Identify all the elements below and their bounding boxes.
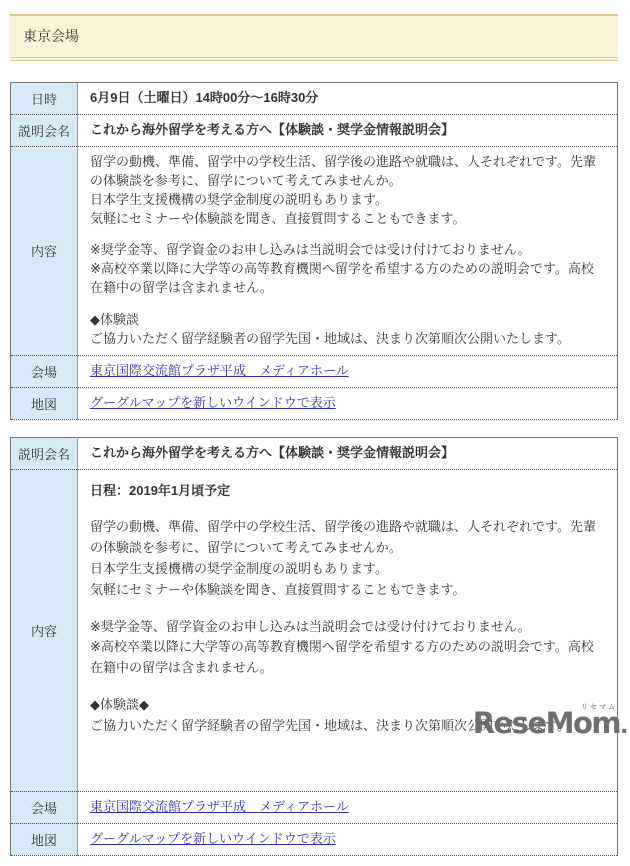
content-line: ※高校卒業以降に大学等の高等教育機関へ留学を希望する方のための説明会です。高校在… — [90, 260, 605, 298]
page: 東京会場 日時 6月9日（土曜日）14時00分～16時30分 説明会名 これから… — [0, 0, 630, 866]
session-title: これから海外留学を考える方へ【体験談・奨学金情報説明会】 — [78, 115, 618, 147]
content-line: 留学の動機、準備、留学中の学校生活、留学後の進路や就職は、人それぞれです。先輩の… — [90, 153, 605, 191]
venue-label: 会場 — [11, 355, 78, 387]
taiken-paragraph: ◆体験談 ご協力いただく留学経験者の留学先国・地域は、決まり次第順次公開いたしま… — [90, 311, 605, 349]
content-line: ご協力いただく留学経験者の留学先国・地域は、決まり次第順次公開いたします。 — [90, 330, 605, 349]
schedule-line: 日程：2019年1月頃予定 — [90, 481, 605, 502]
map-cell: グーグルマップを新しいウインドウで表示 — [78, 823, 618, 855]
map-link[interactable]: グーグルマップを新しいウインドウで表示 — [90, 395, 336, 410]
venue-label: 会場 — [11, 791, 78, 823]
map-cell: グーグルマップを新しいウインドウで表示 — [78, 387, 618, 419]
notes-paragraph: ※奨学金等、留学資金のお申し込みは当説明会では受け付けておりません。 ※高校卒業… — [90, 617, 605, 679]
content-line: 気軽にセミナーや体験談を聞き、直接質問することもできます。 — [90, 210, 605, 229]
map-label: 地図 — [11, 387, 78, 419]
content-row: 内容 日程：2019年1月頃予定 留学の動機、準備、留学中の学校生活、留学後の進… — [11, 469, 618, 791]
venue-row: 会場 東京国際交流館プラザ平成 メディアホール — [11, 355, 618, 387]
resemom-logo: リセマムReseMom. — [473, 704, 627, 738]
page-title: 東京会場 — [23, 28, 79, 44]
content-line: 留学の動機、準備、留学中の学校生活、留学後の進路や就職は、人それぞれです。先輩の… — [90, 517, 605, 559]
content-line: ※奨学金等、留学資金のお申し込みは当説明会では受け付けておりません。 — [90, 617, 605, 638]
content-line: ※高校卒業以降に大学等の高等教育機関へ留学を希望する方のための説明会です。高校在… — [90, 637, 605, 679]
table-gap — [10, 420, 618, 437]
datetime-value: 6月9日（土曜日）14時00分～16時30分 — [78, 83, 618, 115]
schedule-paragraph: 日程：2019年1月頃予定 — [90, 481, 605, 502]
session-table-1: 日時 6月9日（土曜日）14時00分～16時30分 説明会名 これから海外留学を… — [10, 82, 618, 420]
content-line: 日本学生支援機構の奨学金制度の説明もあります。 — [90, 559, 605, 580]
venue-link[interactable]: 東京国際交流館プラザ平成 メディアホール — [90, 799, 349, 814]
datetime-label: 日時 — [11, 83, 78, 115]
intro-paragraph: 留学の動機、準備、留学中の学校生活、留学後の進路や就職は、人それぞれです。先輩の… — [90, 517, 605, 600]
venue-cell: 東京国際交流館プラザ平成 メディアホール — [78, 791, 618, 823]
map-row: 地図 グーグルマップを新しいウインドウで表示 — [11, 387, 618, 419]
session-name-row: 説明会名 これから海外留学を考える方へ【体験談・奨学金情報説明会】 — [11, 437, 618, 469]
map-label: 地図 — [11, 823, 78, 855]
taiken-heading: ◆体験談 — [90, 311, 605, 330]
session-name-row: 説明会名 これから海外留学を考える方へ【体験談・奨学金情報説明会】 — [11, 115, 618, 147]
section-header: 東京会場 — [10, 14, 618, 61]
content-row: 内容 留学の動機、準備、留学中の学校生活、留学後の進路や就職は、人それぞれです。… — [11, 147, 618, 356]
venue-row: 会場 東京国際交流館プラザ平成 メディアホール — [11, 791, 618, 823]
content-cell: 日程：2019年1月頃予定 留学の動機、準備、留学中の学校生活、留学後の進路や就… — [78, 469, 618, 791]
content-line: 気軽にセミナーや体験談を聞き、直接質問することもできます。 — [90, 580, 605, 601]
venue-link[interactable]: 東京国際交流館プラザ平成 メディアホール — [90, 363, 349, 378]
map-row: 地図 グーグルマップを新しいウインドウで表示 — [11, 823, 618, 855]
resemom-logo-text: ReseMom — [473, 706, 620, 740]
session-name-label: 説明会名 — [11, 437, 78, 469]
session-name-label: 説明会名 — [11, 115, 78, 147]
venue-cell: 東京国際交流館プラザ平成 メディアホール — [78, 355, 618, 387]
resemom-logo-dot: . — [620, 714, 627, 739]
notes-paragraph: ※奨学金等、留学資金のお申し込みは当説明会では受け付けておりません。 ※高校卒業… — [90, 241, 605, 298]
content-line: ※奨学金等、留学資金のお申し込みは当説明会では受け付けておりません。 — [90, 241, 605, 260]
content-label: 内容 — [11, 147, 78, 356]
content-cell: 留学の動機、準備、留学中の学校生活、留学後の進路や就職は、人それぞれです。先輩の… — [78, 147, 618, 356]
session-title: これから海外留学を考える方へ【体験談・奨学金情報説明会】 — [78, 437, 618, 469]
content-label: 内容 — [11, 469, 78, 791]
intro-paragraph: 留学の動機、準備、留学中の学校生活、留学後の進路や就職は、人それぞれです。先輩の… — [90, 153, 605, 228]
map-link[interactable]: グーグルマップを新しいウインドウで表示 — [90, 831, 336, 846]
session-table-2: 説明会名 これから海外留学を考える方へ【体験談・奨学金情報説明会】 内容 日程：… — [10, 437, 618, 856]
datetime-row: 日時 6月9日（土曜日）14時00分～16時30分 — [11, 83, 618, 115]
content-line: 日本学生支援機構の奨学金制度の説明もあります。 — [90, 191, 605, 210]
